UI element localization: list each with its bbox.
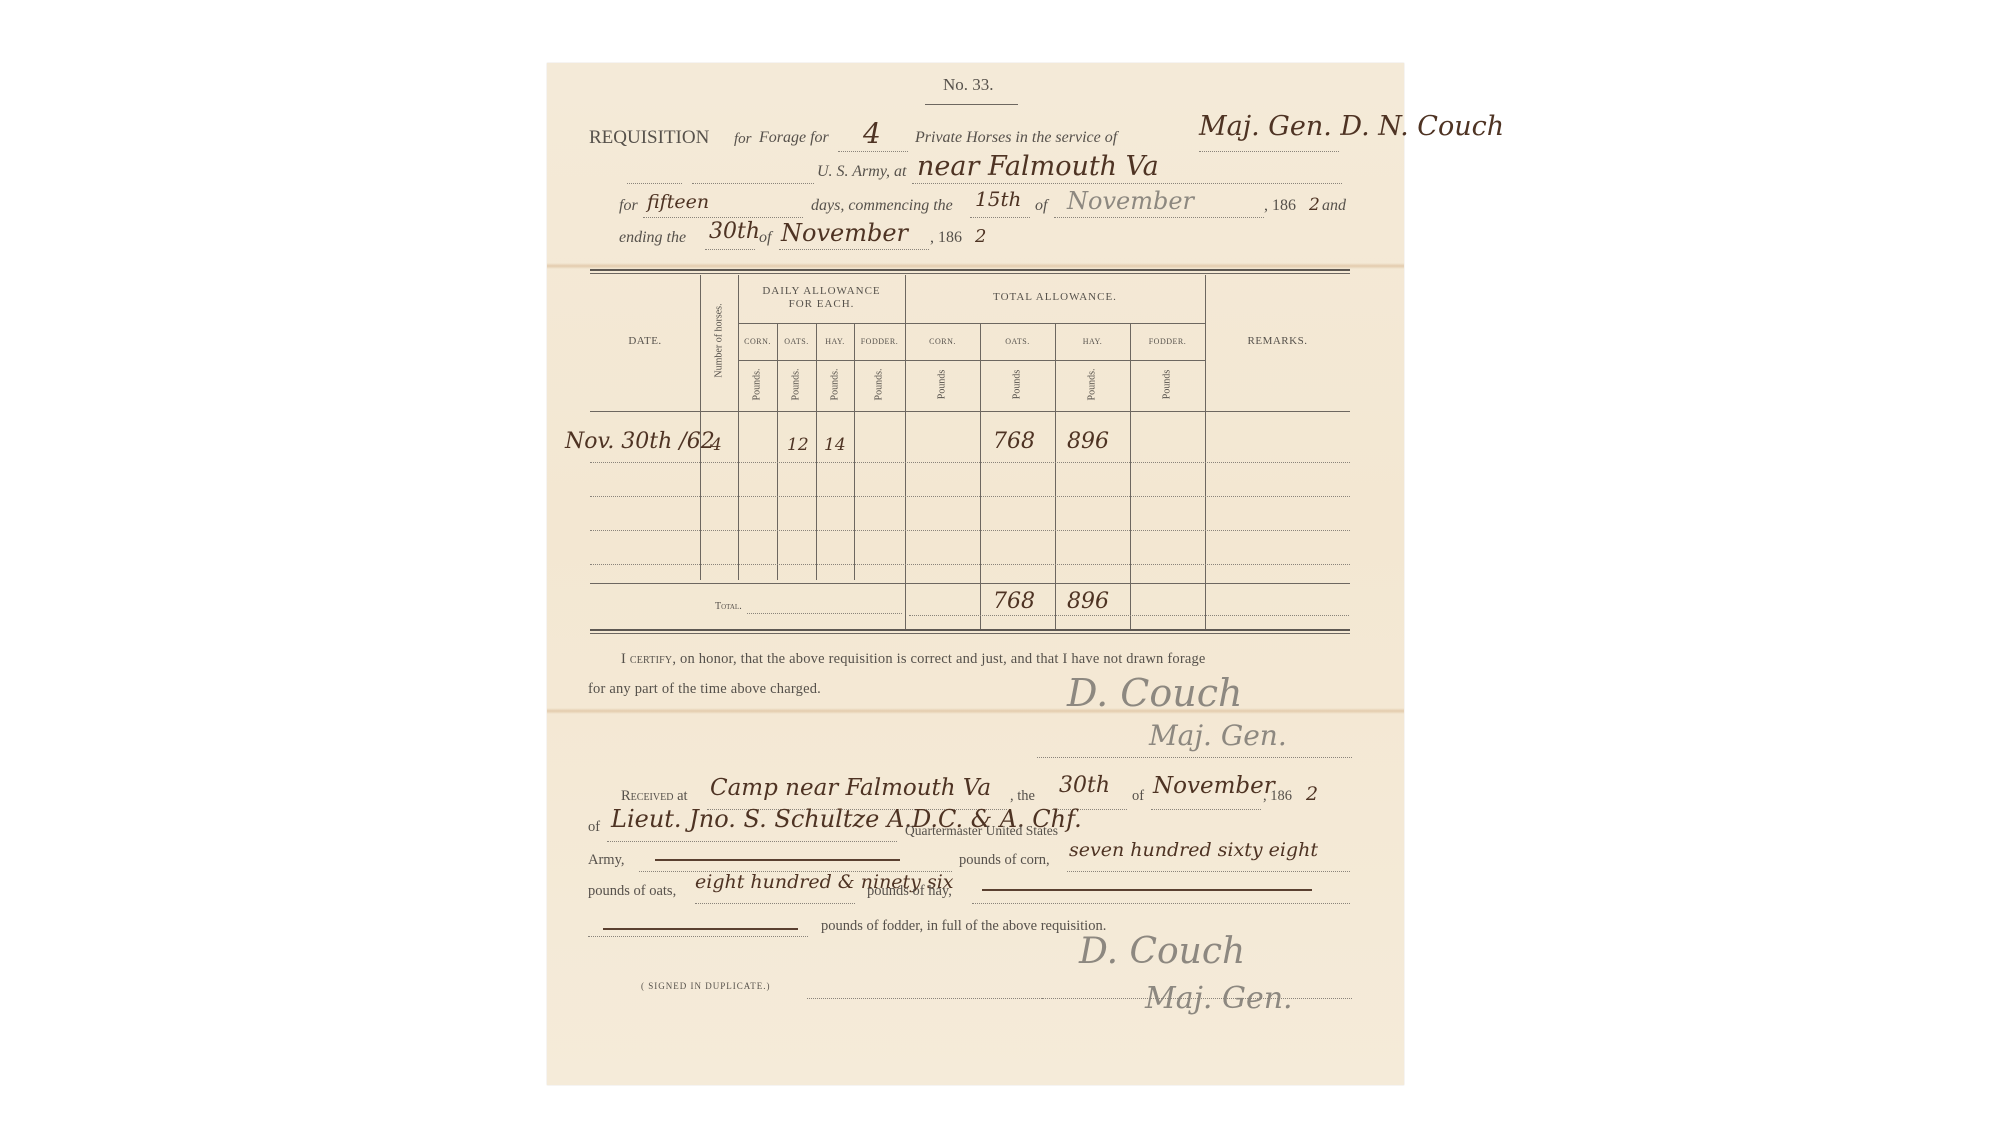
- col-header-horses: Number of horses.: [714, 281, 725, 401]
- unit-daily-hay: Pounds.: [830, 355, 841, 415]
- sub-header-daily-hay: HAY.: [816, 337, 854, 346]
- group-header-daily-line2: FOR EACH.: [738, 298, 905, 310]
- received-year-digit-field[interactable]: 2: [1306, 783, 1318, 805]
- row-date[interactable]: Nov. 30th /62: [565, 429, 715, 454]
- signed-in-duplicate-note: ( SIGNED IN DUPLICATE.): [641, 981, 771, 991]
- total-hay[interactable]: 896: [1067, 589, 1109, 614]
- fodder-label: pounds of fodder, in full of the above r…: [821, 918, 1106, 935]
- sub-header-daily-fodder: FODDER.: [854, 337, 905, 346]
- days-commencing-label: days, commencing the: [811, 197, 953, 215]
- receipt-signature-line[interactable]: [1042, 998, 1352, 999]
- certification-line1: I certify, on honor, that the above requ…: [621, 651, 1206, 668]
- unit-total-corn: Pounds: [937, 355, 948, 415]
- form-number: No. 33.: [943, 75, 994, 95]
- row-daily-oats[interactable]: 12: [787, 435, 809, 455]
- received-location-field[interactable]: Camp near Falmouth Va: [710, 775, 991, 801]
- ending-the-label: ending the: [619, 229, 686, 247]
- sub-header-total-oats: OATS.: [980, 337, 1055, 346]
- for-days-label: for: [619, 197, 638, 215]
- requisition-document: No. 33. REQUISITION for Forage for 4 Pri…: [547, 63, 1404, 1085]
- received-label: Received at: [621, 788, 688, 805]
- sub-header-daily-corn: CORN.: [738, 337, 777, 346]
- received-day-field[interactable]: 30th: [1059, 773, 1110, 798]
- form-number-underline: [925, 104, 1018, 105]
- row-total-hay[interactable]: 896: [1067, 429, 1109, 454]
- of-officer-label: of: [588, 819, 600, 836]
- army-at-label: U. S. Army, at: [817, 163, 906, 181]
- of-label: of: [1035, 197, 1047, 215]
- certification-signature: D. Couch: [1067, 671, 1242, 715]
- total-oats[interactable]: 768: [993, 589, 1035, 614]
- corn-label: pounds of corn,: [959, 852, 1050, 869]
- and-label: and: [1322, 197, 1346, 215]
- days-field[interactable]: fifteen: [647, 191, 709, 213]
- the-label: , the: [1010, 788, 1035, 805]
- end-year-prefix: , 186: [930, 229, 962, 247]
- total-label: Total.: [715, 601, 742, 612]
- corn-struck-line: [655, 859, 900, 861]
- of-label-2: of: [759, 229, 771, 247]
- requisition-title: REQUISITION: [589, 127, 709, 149]
- col-header-date: DATE.: [590, 335, 700, 347]
- start-year-digit-field[interactable]: 2: [1309, 195, 1320, 215]
- sub-header-daily-oats: OATS.: [777, 337, 816, 346]
- unit-daily-corn: Pounds.: [752, 355, 763, 415]
- start-day-field[interactable]: 15th: [975, 187, 1021, 211]
- fodder-struck-line: [603, 928, 798, 930]
- certification-signature-title: Maj. Gen.: [1149, 719, 1287, 752]
- sub-header-total-fodder: FODDER.: [1130, 337, 1205, 346]
- private-horses-label: Private Horses in the service of: [915, 129, 1117, 147]
- unit-daily-oats: Pounds.: [791, 355, 802, 415]
- hay-label: pounds of hay,: [867, 883, 952, 900]
- received-month-field[interactable]: November: [1153, 773, 1275, 799]
- end-year-digit-field[interactable]: 2: [975, 226, 986, 247]
- of-label-3: of: [1132, 788, 1144, 805]
- quartermaster-label: Quartermaster United States: [905, 823, 1058, 839]
- unit-total-fodder: Pounds: [1162, 355, 1173, 415]
- end-month-field[interactable]: November: [781, 219, 908, 247]
- receipt-signature: D. Couch: [1079, 931, 1245, 972]
- row-total-oats[interactable]: 768: [993, 429, 1035, 454]
- army-label: Army,: [588, 852, 625, 869]
- row-daily-hay[interactable]: 14: [824, 435, 846, 455]
- sub-header-total-corn: CORN.: [905, 337, 980, 346]
- group-header-daily-line1: DAILY ALLOWANCE: [738, 285, 905, 297]
- unit-total-oats: Pounds: [1012, 355, 1023, 415]
- oats-label: pounds of oats,: [588, 883, 676, 900]
- fold-crease-bottom: [547, 708, 1404, 714]
- end-day-field[interactable]: 30th: [709, 219, 760, 244]
- start-month-field[interactable]: November: [1067, 187, 1194, 215]
- location-field[interactable]: near Falmouth Va: [917, 151, 1159, 182]
- col-header-remarks: REMARKS.: [1205, 335, 1350, 347]
- received-year-prefix: , 186: [1263, 788, 1292, 805]
- unit-total-hay: Pounds.: [1087, 355, 1098, 415]
- start-year-prefix: , 186: [1264, 197, 1296, 215]
- officer-field[interactable]: Maj. Gen. D. N. Couch: [1199, 111, 1504, 142]
- horses-count-field[interactable]: 4: [863, 117, 881, 150]
- for-label: for: [734, 131, 752, 148]
- forage-for-label: Forage for: [759, 129, 829, 147]
- certification-line2: for any part of the time above charged.: [588, 681, 821, 698]
- oats-amount-field[interactable]: seven hundred sixty eight: [1069, 839, 1318, 861]
- sub-header-total-hay: HAY.: [1055, 337, 1130, 346]
- group-header-total: TOTAL ALLOWANCE.: [905, 291, 1205, 303]
- row-horses[interactable]: 4: [711, 435, 722, 455]
- hay-struck-line: [982, 889, 1312, 891]
- certification-signature-line[interactable]: [1037, 757, 1352, 758]
- unit-daily-fodder: Pounds.: [874, 355, 885, 415]
